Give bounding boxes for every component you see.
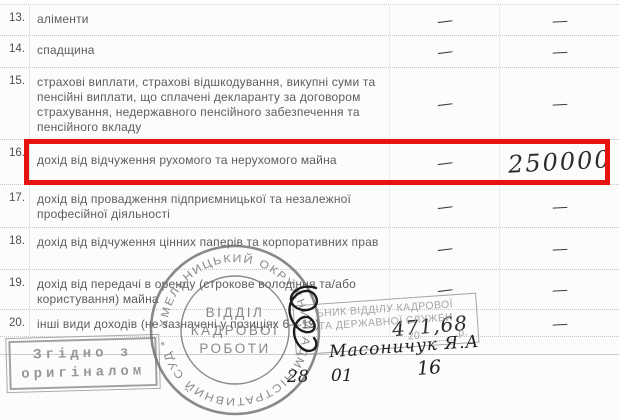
value-cell-1: — [390, 185, 500, 227]
table-row-16-highlighted: 16. дохід від відчуження рухомого та нер… [0, 140, 619, 185]
value-cell-1: — [390, 68, 500, 139]
handwritten-dash: — [551, 313, 568, 333]
seal-center-line3: РОБОТИ [199, 341, 270, 356]
row-label: спадщина [30, 36, 390, 67]
handwritten-amount-250000: 250000 [507, 145, 612, 178]
value-cell-2: — [500, 36, 619, 67]
value-cell-1: — [390, 5, 500, 35]
handwritten-dash: — [551, 42, 568, 62]
table-row-17: 17. дохід від провадження підприємницько… [0, 185, 619, 228]
handwritten-dash: — [551, 94, 568, 114]
handwritten-date-year: 16 [416, 356, 442, 380]
value-cell-1: — [390, 36, 500, 67]
handwritten-date-day: 28 [287, 367, 309, 387]
row-number: 18. [0, 228, 30, 269]
value-cell-1: — [390, 140, 500, 184]
row-label: дохід від провадження підприємницької та… [30, 185, 390, 227]
handwritten-dash: — [551, 196, 568, 216]
handwritten-dash: — [551, 239, 568, 259]
value-cell-2: — [500, 310, 619, 336]
value-cell-2: 250000 [500, 140, 619, 184]
signature-stroke [289, 287, 316, 351]
table-row-14: 14. спадщина — — [0, 36, 619, 68]
row-number: 13. [0, 5, 30, 35]
row-number: 19. [0, 270, 30, 309]
handwritten-dash: — [435, 93, 453, 114]
handwritten-date-month: 01 [331, 366, 353, 386]
handwritten-dash: — [435, 41, 453, 62]
certified-copy-stamp: Згідно з оригіналом [5, 334, 160, 393]
copy-stamp-line2: оригіналом [11, 362, 155, 385]
value-cell-2: — [500, 5, 619, 35]
row-number: 20. [0, 310, 30, 336]
row-number: 14. [0, 36, 30, 67]
value-cell-1: — [390, 228, 500, 269]
row-label: аліменти [30, 5, 390, 35]
row-number: 17. [0, 185, 30, 227]
handwritten-dash: — [551, 280, 568, 300]
handwritten-dash: — [435, 196, 453, 217]
value-cell-2: — [500, 228, 619, 269]
row-number: 15. [0, 68, 30, 139]
seal-center-line2: КАДРОВОЇ [191, 323, 279, 338]
row-label: дохід від відчуження рухомого та нерухом… [30, 140, 390, 184]
handwritten-dash: — [435, 10, 453, 31]
scanned-declaration-page: 13. аліменти — — 14. спадщина — — 15. ст… [0, 0, 619, 420]
handwritten-dash: — [551, 10, 568, 30]
value-cell-2: — [500, 270, 619, 309]
certified-copy-stamp-text: Згідно з оригіналом [8, 337, 157, 390]
value-cell-2: — [500, 185, 619, 227]
handwritten-dash: — [435, 152, 453, 173]
value-cell-2: — [500, 68, 619, 139]
seal-center-line1: ВІДДІЛ [206, 305, 265, 320]
handwritten-dash: — [435, 238, 453, 259]
table-row-13: 13. аліменти — — [0, 4, 619, 36]
table-row-15: 15. страхові виплати, страхові відшкодув… [0, 68, 619, 140]
row-number: 16. [0, 140, 30, 184]
row-label: страхові виплати, страхові відшкодування… [30, 68, 390, 139]
